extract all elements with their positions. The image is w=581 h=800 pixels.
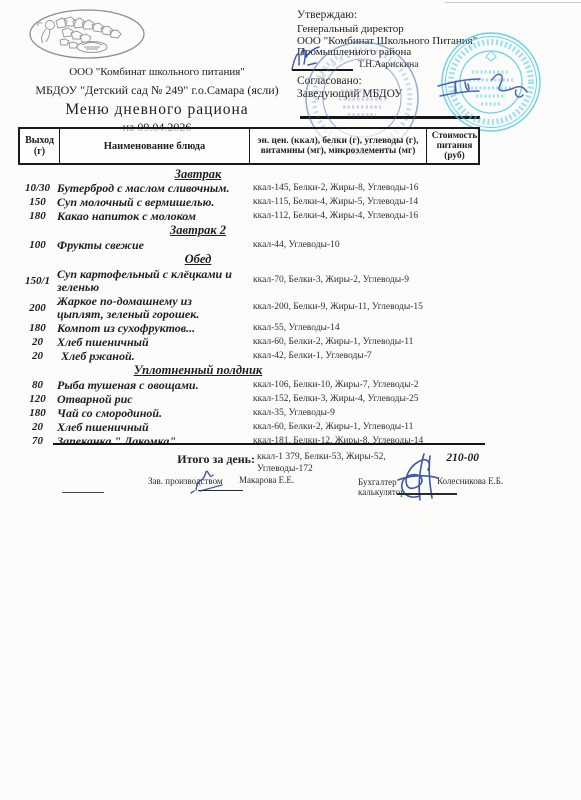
- org-line2: МБДОУ "Детский сад № 249" г.о.Самара (яс…: [22, 83, 292, 98]
- total-separator-line: [53, 443, 485, 445]
- menu-row: 80 Рыба тушеная с овощами. ккал-106, Бел…: [18, 378, 480, 392]
- row-dish: Суп картофельный с клёцками и зеленью: [57, 268, 253, 294]
- header-cost: Стоимость питания (руб): [426, 129, 482, 163]
- production-manager-signature-ink: [188, 466, 240, 496]
- menu-row: 20 Хлеб пшеничный ккал-60, Белки-2, Жиры…: [18, 335, 480, 349]
- row-dish: Хлеб ржаной.: [57, 350, 253, 363]
- header-output: Выход (г): [20, 129, 59, 163]
- row-dish: Хлеб пшеничный: [57, 336, 253, 349]
- row-dish: Суп молочный с вермишелью.: [57, 196, 253, 209]
- row-output: 20: [18, 336, 57, 348]
- svg-text:ат школьн: ат школьн: [312, 49, 363, 101]
- row-output: 70: [18, 435, 57, 447]
- row-nutrition: ккал-145, Белки-2, Жиры-8, Углеводы-16: [253, 183, 424, 194]
- accountant-name: Колесникова Е.Б.: [437, 476, 503, 486]
- accountant-signature-line: [397, 493, 457, 495]
- row-nutrition: ккал-181, Белки-12, Жиры-8, Углеводы-14: [253, 436, 424, 447]
- org-line1: ООО "Комбинат школьного питания": [22, 66, 292, 78]
- header-dish: Наименование блюда: [59, 129, 249, 163]
- stamp-left-ring-text: ат школьн: [312, 49, 363, 101]
- menu-row: 20 Хлеб пшеничный ккал-60, Белки-2, Жиры…: [18, 420, 480, 434]
- org-title-block: ООО "Комбинат школьного питания" МБДОУ "…: [22, 66, 292, 135]
- menu-body: Завтрак 10/30 Бутерброд с маслом сливочн…: [18, 167, 480, 475]
- menu-row: 150 Суп молочный с вермишелью. ккал-115,…: [18, 195, 480, 209]
- row-dish: Какао напиток с молоком: [57, 210, 253, 223]
- row-nutrition: ккал-152, Белки-3, Жиры-4, Углеводы-25: [253, 394, 424, 405]
- menu-row: 10/30 Бутерброд с маслом сливочным. ккал…: [18, 181, 480, 195]
- row-dish: Жаркое по-домашнему из цыплят, зеленый г…: [57, 295, 253, 321]
- row-nutrition: ккал-60, Белки-2, Жиры-1, Углеводы-11: [253, 422, 424, 433]
- menu-row: 20 Хлеб ржаной. ккал-42, Белки-1, Углево…: [18, 349, 480, 363]
- menu-table-header: Выход (г) Наименование блюда эн. цен. (к…: [18, 127, 480, 165]
- row-dish: Фрукты свежие: [57, 239, 253, 252]
- row-output: 180: [18, 407, 57, 419]
- row-output: 20: [18, 421, 57, 433]
- section-heading-breakfast: Завтрак: [18, 167, 378, 181]
- row-nutrition: ккал-44, Углеводы-10: [253, 240, 424, 251]
- row-nutrition: ккал-70, Белки-3, Жиры-2, Углеводы-9: [253, 275, 424, 286]
- row-dish: Запеканка " Лакомка": [57, 435, 253, 448]
- menu-row: 100 Фрукты свежие ккал-44, Углеводы-10: [18, 238, 480, 252]
- row-output: 180: [18, 210, 57, 222]
- menu-row: 120 Отварной рис ккал-152, Белки-3, Жиры…: [18, 392, 480, 406]
- approve-label: Утверждаю:: [297, 9, 357, 21]
- row-nutrition: ккал-200, Белки-9, Жиры-11, Углеводы-15: [253, 302, 424, 313]
- row-dish: Хлеб пшеничный: [57, 421, 253, 434]
- doc-title: Меню дневного рациона: [22, 101, 292, 119]
- row-dish: Компот из сухофруктов...: [57, 322, 253, 335]
- row-output: 10/30: [18, 182, 57, 194]
- total-label: Итого за день:: [18, 452, 255, 467]
- row-nutrition: ккал-42, Белки-1, Углеводы-7: [253, 351, 424, 362]
- scan-artifact-line: [445, 2, 581, 3]
- menu-row: 200 Жаркое по-домашнему из цыплят, зелен…: [18, 294, 480, 321]
- row-nutrition: ккал-35, Углеводы-9: [253, 408, 424, 419]
- row-output: 180: [18, 322, 57, 334]
- row-dish: Рыба тушеная с овощами.: [57, 379, 253, 392]
- row-dish: Бутерброд с маслом сливочным.: [57, 182, 253, 195]
- row-nutrition: ккал-60, Белки-2, Жиры-1, Углеводы-11: [253, 337, 424, 348]
- header-nutrition: эн. цен. (ккал), белки (г), углеводы (г)…: [249, 129, 426, 163]
- production-manager-name: Макарова Е.Е.: [239, 475, 294, 485]
- row-nutrition: ккал-112, Белки-4, Жиры-4, Углеводы-16: [253, 211, 424, 222]
- row-output: 100: [18, 239, 57, 251]
- row-dish: Чай со смородиной.: [57, 407, 253, 420]
- row-output: 120: [18, 393, 57, 405]
- row-nutrition: ккал-55, Углеводы-14: [253, 323, 424, 334]
- production-manager-signature-line: [198, 490, 243, 491]
- menu-row: 150/1 Суп картофельный с клёцками и зеле…: [18, 267, 480, 294]
- menu-row: 180 Компот из сухофруктов... ккал-55, Уг…: [18, 321, 480, 335]
- row-nutrition: ккал-106, Белки-10, Жиры-7, Углеводы-2: [253, 380, 424, 391]
- row-output: 150: [18, 196, 57, 208]
- section-heading-lunch: Обед: [18, 252, 378, 267]
- scanned-menu-document: Утверждаю: Генеральный директор ООО "Ком…: [0, 0, 581, 800]
- menu-row: 180 Чай со смородиной. ккал-35, Углеводы…: [18, 406, 480, 420]
- row-output: 200: [18, 302, 57, 314]
- company-logo: [26, 7, 148, 63]
- row-nutrition: ккал-115, Белки-4, Жиры-5, Углеводы-14: [253, 197, 424, 208]
- row-dish: Отварной рис: [57, 393, 253, 406]
- row-output: 150/1: [18, 275, 57, 287]
- row-output: 20: [18, 350, 57, 362]
- section-heading-breakfast2: Завтрак 2: [18, 223, 378, 238]
- footer-left-line: [62, 492, 104, 493]
- row-output: 80: [18, 379, 57, 391]
- menu-table: Выход (г) Наименование блюда эн. цен. (к…: [18, 127, 480, 475]
- section-heading-snack: Уплотненный полдник: [18, 363, 378, 378]
- menu-row: 70 Запеканка " Лакомка" ккал-181, Белки-…: [18, 434, 480, 448]
- menu-row: 180 Какао напиток с молоком ккал-112, Бе…: [18, 209, 480, 223]
- head-signature-ink: [430, 68, 548, 110]
